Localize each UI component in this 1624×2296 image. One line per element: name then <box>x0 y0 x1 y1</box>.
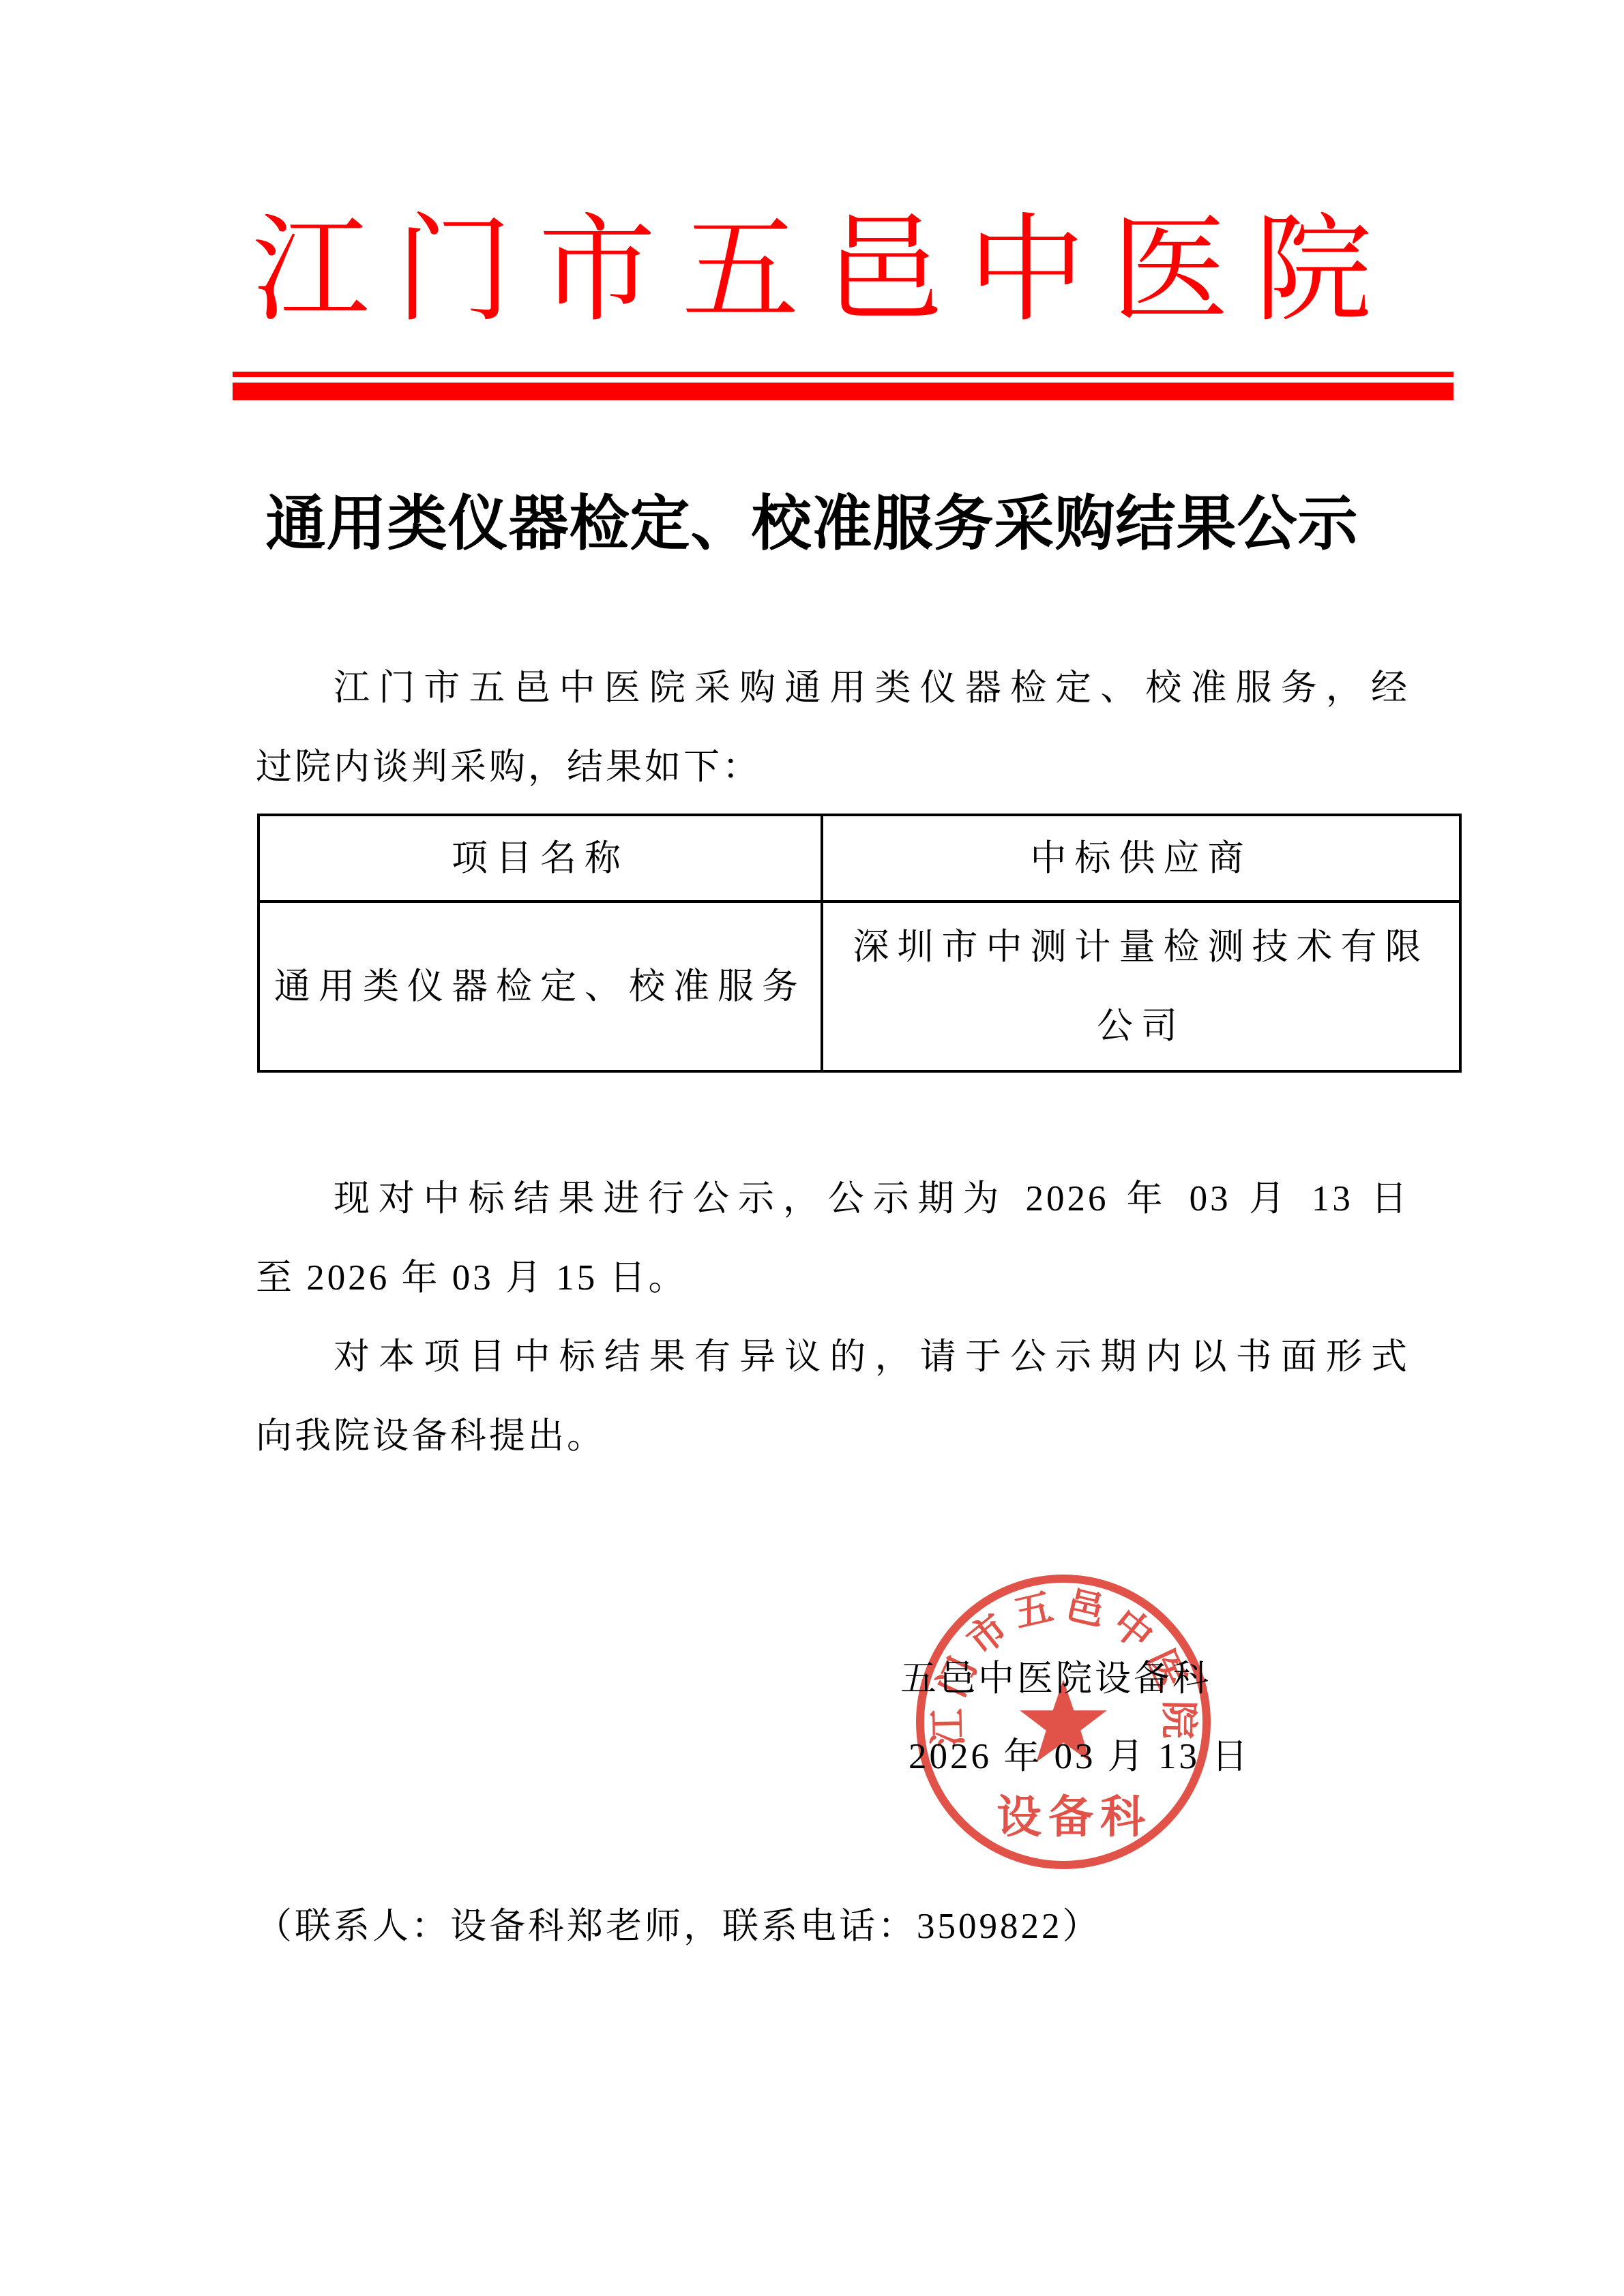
objection-line-1: 对本项目中标结果有异议的，请于公示期内以书面形式 <box>256 1317 1410 1397</box>
hospital-letterhead: 江门市五邑中医院 <box>0 211 1624 331</box>
supplier-line-1: 深圳市中测计量检测技术有限 <box>853 908 1430 987</box>
stamp-department-text: 设备科 <box>996 1793 1152 1843</box>
intro-line-2: 过院内谈判采购，结果如下： <box>256 728 1410 807</box>
intro-line-1: 江门市五邑中医院采购通用类仪器检定、校准服务，经 <box>256 648 1410 728</box>
letterhead-rule-thin <box>233 372 1453 377</box>
announcement-title: 通用类仪器检定、校准服务采购结果公示 <box>0 488 1624 562</box>
table-row: 通用类仪器检定、校准服务 深圳市中测计量检测技术有限 公司 <box>260 903 1459 1070</box>
objection-paragraph: 对本项目中标结果有异议的，请于公示期内以书面形式 向我院设备科提出。 <box>256 1317 1410 1476</box>
stamp-star-icon <box>1020 1680 1107 1762</box>
table-header-supplier: 中标供应商 <box>823 816 1459 900</box>
supplier-cell: 深圳市中测计量检测技术有限 公司 <box>823 903 1459 1070</box>
table-header-project: 项目名称 <box>260 816 823 900</box>
table-header-row: 项目名称 中标供应商 <box>260 816 1459 903</box>
objection-line-2: 向我院设备科提出。 <box>256 1397 1410 1476</box>
letterhead-rule-thick <box>233 383 1453 400</box>
contact-line: （联系人：设备科郑老师，联系电话：3509822） <box>256 1887 1410 1966</box>
project-cell: 通用类仪器检定、校准服务 <box>260 903 823 1070</box>
publicity-line-2: 至 2026 年 03 月 15 日。 <box>256 1238 1410 1317</box>
intro-paragraph: 江门市五邑中医院采购通用类仪器检定、校准服务，经 过院内谈判采购，结果如下： <box>256 648 1410 807</box>
supplier-line-2: 公司 <box>1097 987 1185 1066</box>
publicity-line-1: 现对中标结果进行公示，公示期为 2026 年 03 月 13 日 <box>256 1159 1410 1238</box>
results-table: 项目名称 中标供应商 通用类仪器检定、校准服务 深圳市中测计量检测技术有限 公司 <box>257 814 1462 1073</box>
official-stamp: 江门市五邑中医院 设备科 <box>915 1573 1212 1870</box>
publicity-paragraph: 现对中标结果进行公示，公示期为 2026 年 03 月 13 日 至 2026 … <box>256 1159 1410 1317</box>
document-page: 江门市五邑中医院 通用类仪器检定、校准服务采购结果公示 江门市五邑中医院采购通用… <box>0 0 1624 2296</box>
